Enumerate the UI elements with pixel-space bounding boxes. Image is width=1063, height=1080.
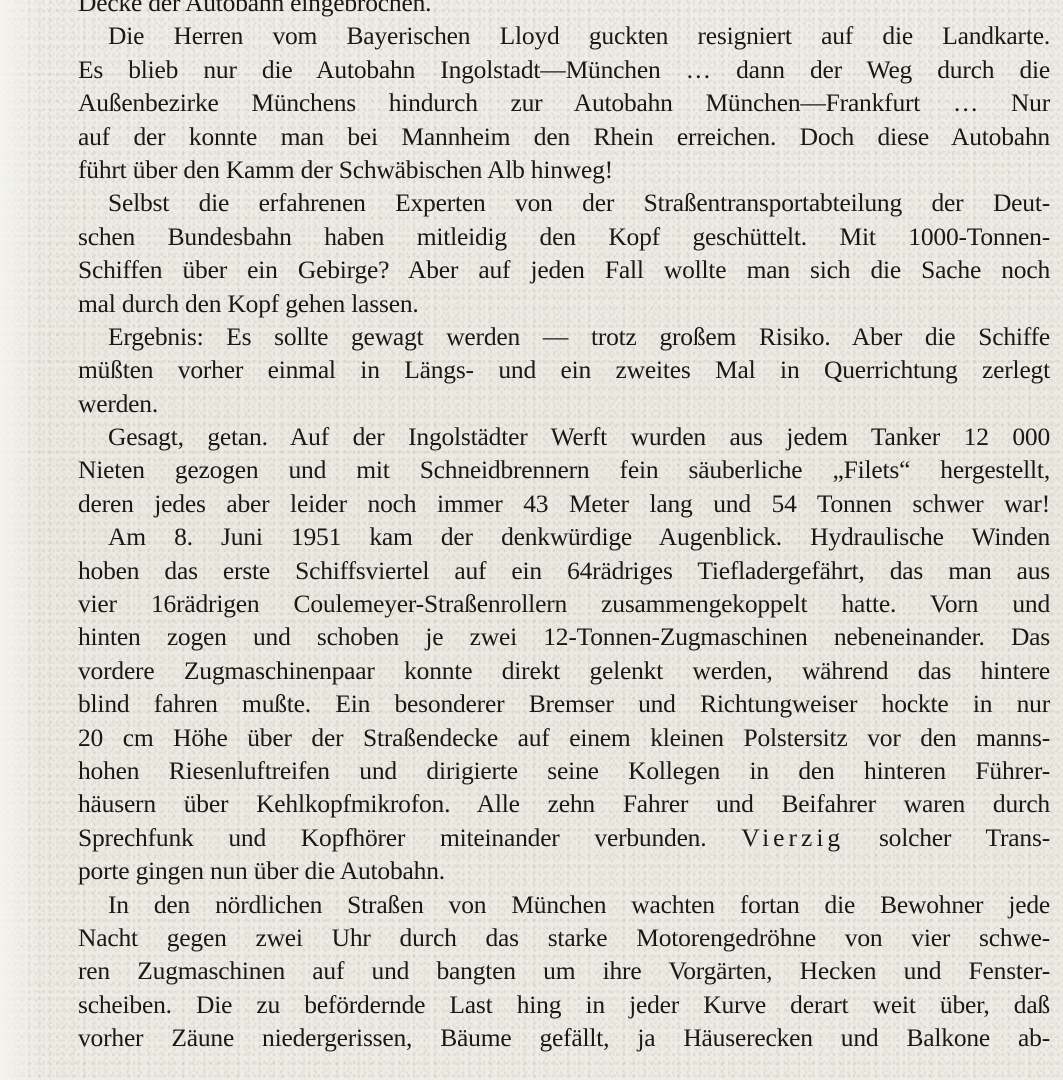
page-edge-shading [0, 0, 40, 1080]
text-line: führt über den Kamm der Schwäbischen Alb… [78, 153, 1050, 186]
text-line: vorher Zäune niedergerissen, Bäume gefäl… [78, 1021, 1050, 1054]
document-page: Decke der Autobahn eingebrochen. Die Her… [78, 0, 1050, 1055]
text-line: hoben das erste Schiffsviertel auf ein 6… [78, 554, 1050, 587]
text-line: Decke der Autobahn eingebrochen. [78, 0, 1050, 19]
paragraph-start-line: Ergebnis: Es sollte gewagt werden — trot… [78, 320, 1050, 353]
text-line: ren Zugmaschinen auf und bangten um ihre… [78, 954, 1050, 987]
text-line: Sprechfunk und Kopfhörer miteinander ver… [78, 821, 1050, 854]
text-line: blind fahren mußte. Ein besonderer Brems… [78, 687, 1050, 720]
paragraph-start-line: Gesagt, getan. Auf der Ingolstädter Werf… [78, 420, 1050, 453]
text-line: scheiben. Die zu befördernde Last hing i… [78, 988, 1050, 1021]
text-segment: Sprechfunk und Kopfhörer miteinander ver… [78, 823, 741, 852]
text-line: mal durch den Kopf gehen lassen. [78, 287, 1050, 320]
text-line: Außenbezirke Münchens hindurch zur Autob… [78, 86, 1050, 119]
text-line: Nacht gegen zwei Uhr durch das starke Mo… [78, 921, 1050, 954]
text-line: 20 cm Höhe über der Straßendecke auf ein… [78, 721, 1050, 754]
text-line: Es blieb nur die Autobahn Ingolstadt—Mün… [78, 53, 1050, 86]
paragraph-start-line: Selbst die erfahrenen Experten von der S… [78, 186, 1050, 219]
text-line: deren jedes aber leider noch immer 43 Me… [78, 487, 1050, 520]
paragraph-start-line: Am 8. Juni 1951 kam der denkwürdige Auge… [78, 520, 1050, 553]
text-line: schen Bundesbahn haben mitleidig den Kop… [78, 220, 1050, 253]
paragraph-start-line: In den nördlichen Straßen von München wa… [78, 888, 1050, 921]
text-line: häusern über Kehlkopfmikrofon. Alle zehn… [78, 787, 1050, 820]
text-line: hinten zogen und schoben je zwei 12-Tonn… [78, 620, 1050, 653]
text-line: Schiffen über ein Gebirge? Aber auf jede… [78, 253, 1050, 286]
paragraph-start-line: Die Herren vom Bayerischen Lloyd guckten… [78, 19, 1050, 52]
text-line: hohen Riesenluftreifen und dirigierte se… [78, 754, 1050, 787]
text-line: werden. [78, 387, 1050, 420]
text-segment: solcher Trans- [844, 823, 1050, 852]
text-line: auf der konnte man bei Mannheim den Rhei… [78, 120, 1050, 153]
text-line: vordere Zugmaschinenpaar konnte direkt g… [78, 654, 1050, 687]
text-line: porte gingen nun über die Autobahn. [78, 854, 1050, 887]
emphasized-spaced-word: Vierzig [741, 823, 844, 852]
text-line: müßten vorher einmal in Längs- und ein z… [78, 353, 1050, 386]
text-line: Nieten gezogen und mit Schneidbrennern f… [78, 453, 1050, 486]
text-line: vier 16rädrigen Coulemeyer-Straßenroller… [78, 587, 1050, 620]
